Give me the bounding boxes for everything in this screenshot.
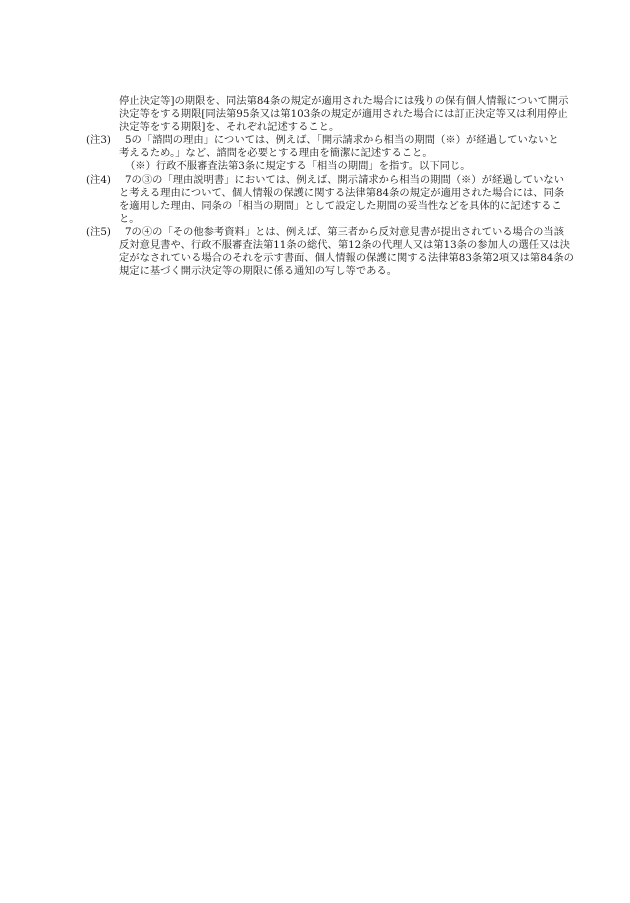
note-label: (注5)	[86, 226, 111, 239]
note-line: 反対意見書や、行政不服審査法第11条の総代、第12条の代理人又は第13条の参加人…	[119, 239, 553, 252]
note-line: と考える理由について、個人情報の保護に関する法律第84条の規定が適用された場合に…	[119, 187, 553, 200]
note-label: (注3)	[86, 134, 111, 147]
note-line: 7の④の「その他参考資料」とは、例えば、第三者から反対意見書が提出されている場合…	[119, 226, 553, 239]
note-line: を適用した理由、同条の「相当の期間」として設定した期間の妥当性などを具体的に記述…	[119, 200, 553, 213]
continuation-line: 決定等をする期限[同法第95条又は第103条の規定が適用された場合には訂正決定等…	[119, 108, 553, 121]
continuation-line: 決定等をする期限]を、それぞれ記述すること。	[119, 121, 553, 134]
note-line: と。	[119, 213, 553, 226]
note-footnote: （※）行政不服審査法第3条に規定する「相当の期間」を指す。以下同じ。	[125, 160, 471, 173]
note-line: 5の「諮問の理由」については、例えば、「開示請求から相当の期間（※）が経過してい…	[119, 134, 553, 147]
note-line: 規定に基づく開示決定等の期限に係る通知の写し等である。	[119, 265, 553, 278]
note-line: 7の③の「理由説明書」においては、例えば、開示請求から相当の期間（※）が経過して…	[119, 174, 553, 187]
note-line: 定がなされている場合のそれを示す書面、個人情報の保護に関する法律第83条第2項又…	[119, 252, 553, 265]
note-line: 考えるため。」など、諮問を必要とする理由を簡潔に記述すること。	[119, 147, 553, 160]
continuation-line: 停止決定等]の期限を、同法第84条の規定が適用された場合には残りの保有個人情報に…	[119, 95, 553, 108]
note-label: (注4)	[86, 174, 111, 187]
